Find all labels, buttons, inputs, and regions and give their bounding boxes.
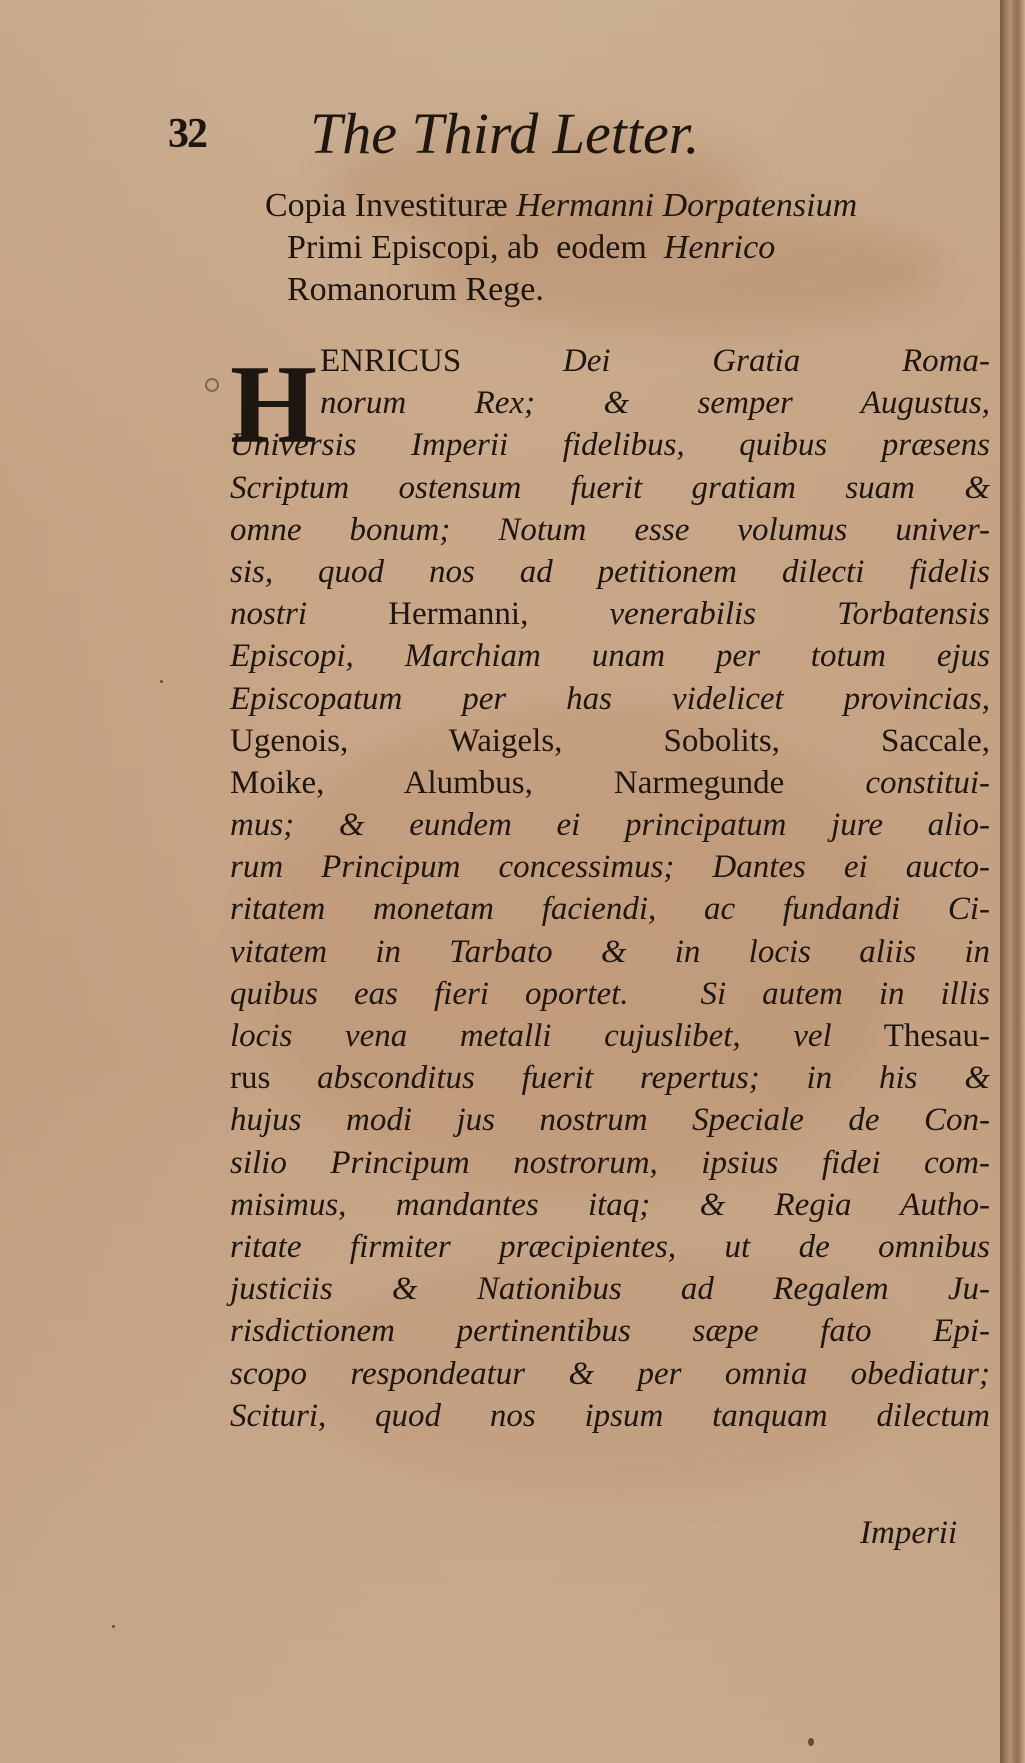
foxing-spot (808, 1738, 814, 1746)
text-line: sis, quod nos ad petitionem dilecti fide… (230, 551, 990, 593)
caption-line: Primi Episcopi, ab eodem Henrico (265, 227, 985, 269)
page-edge (1000, 0, 1025, 1763)
text-line: ritatem monetam faciendi, ac fundandi Ci… (230, 888, 990, 930)
text-line: norum Rex; & semper Augustus, (320, 382, 990, 424)
text-line: Episcopatum per has videlicet provincias… (230, 678, 990, 720)
text-line: ENRICUS Dei Gratia Roma- (320, 340, 990, 382)
foxing-spot (160, 680, 163, 683)
text-line: silio Principum nostrorum, ipsius fidei … (230, 1142, 990, 1184)
catchword: Imperii (860, 1515, 957, 1552)
text-line: vitatem in Tarbato & in locis aliis in (230, 931, 990, 973)
text-line: misimus, mandantes itaq; & Regia Autho- (230, 1184, 990, 1226)
running-head: 32 The Third Letter. (0, 100, 1000, 170)
caption-line: Copia Investituræ Hermanni Dorpatensium (265, 185, 985, 227)
text-line: locis vena metalli cujuslibet, vel Thesa… (230, 1015, 990, 1057)
caption-line: Romanorum Rege. (265, 269, 985, 311)
text-line: Universis Imperii fidelibus, quibus præs… (230, 424, 990, 466)
foxing-spot (112, 1625, 115, 1628)
text-line: ritate firmiter præcipientes, ut de omni… (230, 1226, 990, 1268)
text-line: Ugenois, Waigels, Sobolits, Saccale, (230, 720, 990, 762)
margin-mark-icon (205, 378, 219, 392)
text-line: Moike, Alumbus, Narmegunde constitui- (230, 762, 990, 804)
text-line: rum Principum concessimus; Dantes ei auc… (230, 846, 990, 888)
text-line: risdictionem pertinentibus sæpe fato Epi… (230, 1310, 990, 1352)
text-line: scopo respondeatur & per omnia obediatur… (230, 1353, 990, 1395)
document-caption: Copia Investituræ Hermanni Dorpatensium … (265, 185, 985, 311)
text-line: justiciis & Nationibus ad Regalem Ju- (230, 1268, 990, 1310)
text-line: Scituri, quod nos ipsum tanquam dilectum (230, 1395, 990, 1437)
text-line: quibus eas fieri oportet. Si autem in il… (230, 973, 990, 1015)
text-line: omne bonum; Notum esse volumus univer- (230, 509, 990, 551)
page-number: 32 (168, 110, 206, 158)
text-line: nostri Hermanni, venerabilis Torbatensis (230, 593, 990, 635)
text-line: Scriptum ostensum fuerit gratiam suam & (230, 467, 990, 509)
letter-text: ENRICUS Dei Gratia Roma- norum Rex; & se… (230, 340, 990, 1437)
text-line: hujus modi jus nostrum Speciale de Con- (230, 1099, 990, 1141)
text-line: mus; & eundem ei principatum jure alio- (230, 804, 990, 846)
text-line: rus absconditus fuerit repertus; in his … (230, 1057, 990, 1099)
running-head-title: The Third Letter. (310, 100, 699, 167)
text-line: Episcopi, Marchiam unam per totum ejus (230, 635, 990, 677)
